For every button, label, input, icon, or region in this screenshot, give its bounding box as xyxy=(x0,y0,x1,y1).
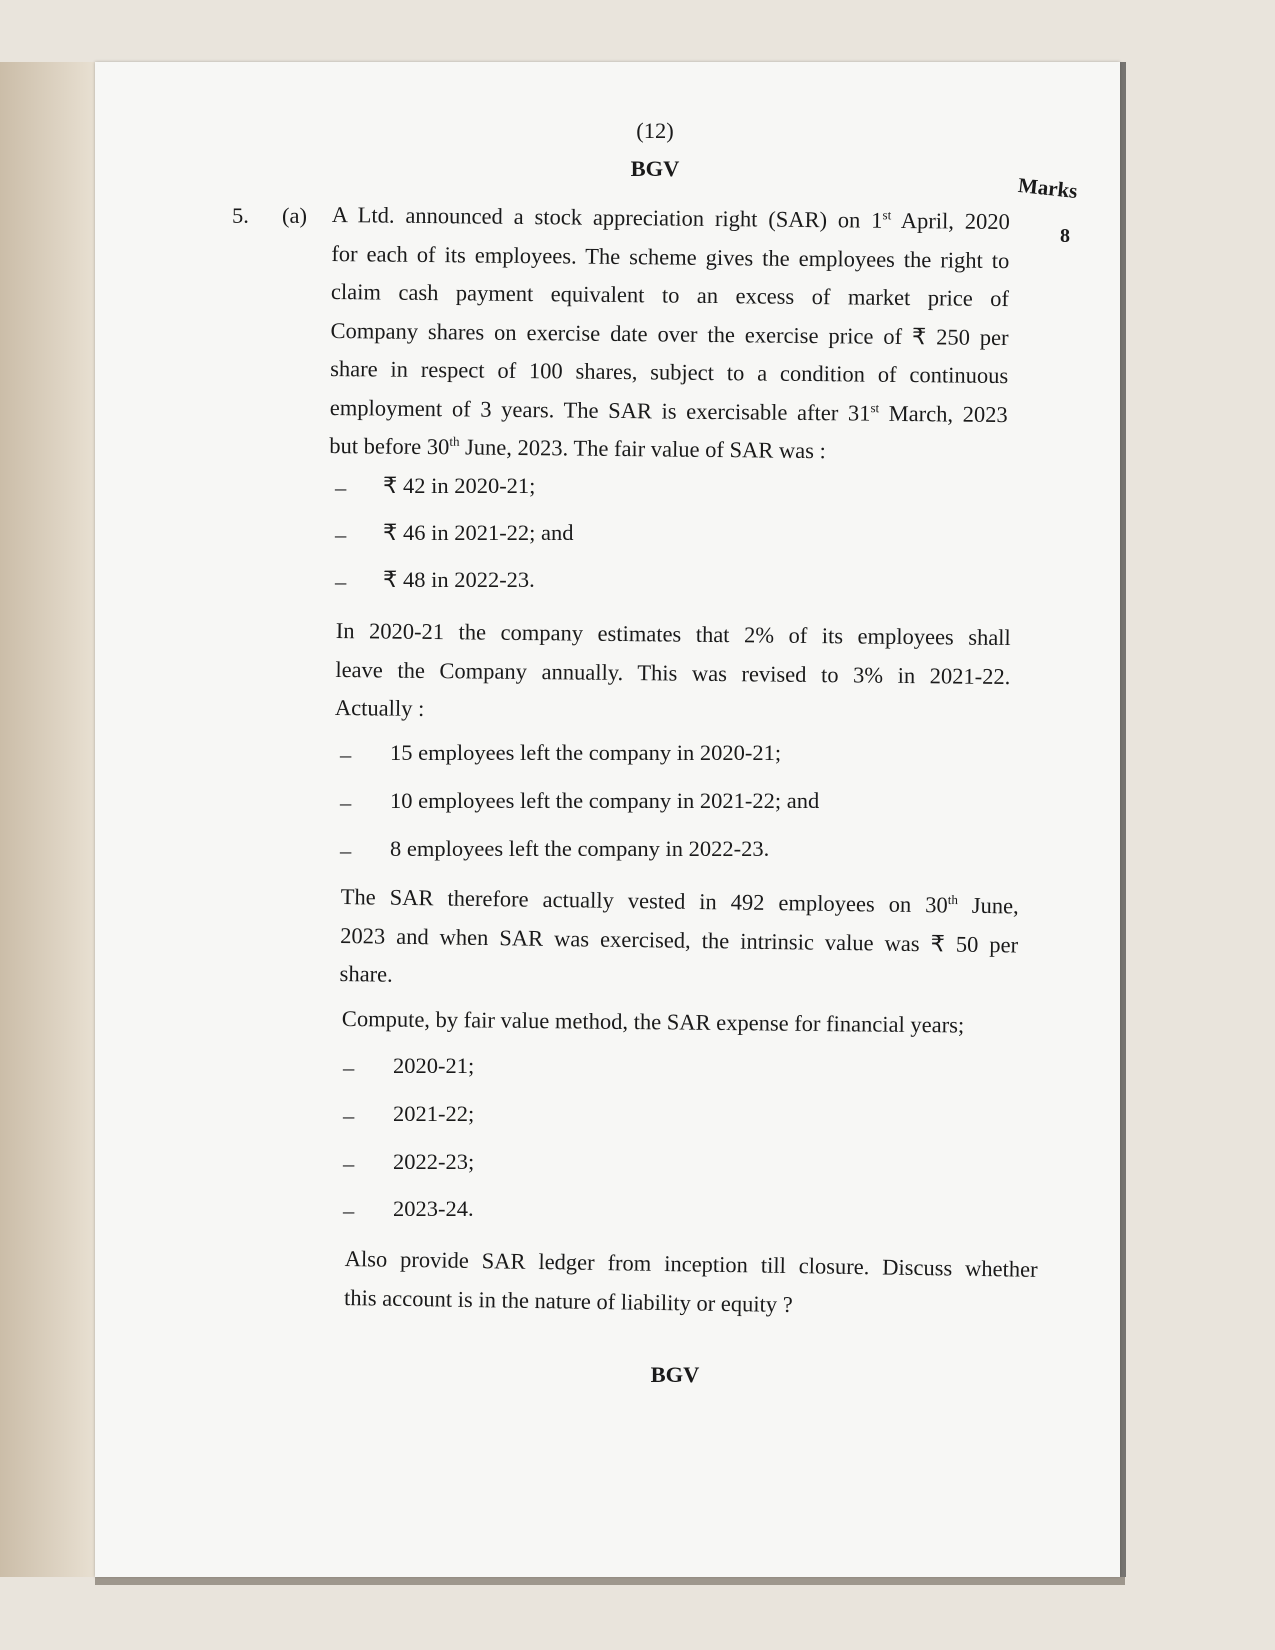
fair-value-item: ₹ 42 in 2020-21; xyxy=(383,475,535,498)
employees-left-item: 10 employees left the company in 2021-22… xyxy=(390,790,819,813)
intro-paragraph: A Ltd. announced a stock appreciation ri… xyxy=(329,196,1010,473)
header-code: BGV xyxy=(600,158,710,181)
fair-value-item: ₹ 48 in 2022-23. xyxy=(383,569,535,592)
marks-value: 8 xyxy=(1060,226,1070,246)
closing-paragraph: Also provide SAR ledger from inception t… xyxy=(344,1240,1038,1328)
vesting-paragraph: The SAR therefore actually vested in 492… xyxy=(339,878,1019,1003)
page-edge xyxy=(0,62,95,1577)
employees-left-item: 15 employees left the company in 2020-21… xyxy=(390,742,781,765)
question-part: (a) xyxy=(282,205,307,228)
page-edge-right xyxy=(1120,62,1126,1577)
footer-code: BGV xyxy=(620,1364,730,1387)
financial-year-item: 2020-21; xyxy=(393,1055,474,1078)
page-number: (12) xyxy=(600,120,710,143)
attrition-paragraph: In 2020-21 the company estimates that 2%… xyxy=(335,612,1011,735)
financial-year-item: 2021-22; xyxy=(393,1103,474,1126)
page-bottom-edge xyxy=(95,1577,1125,1585)
financial-year-item: 2023-24. xyxy=(393,1198,474,1221)
employees-left-item: 8 employees left the company in 2022-23. xyxy=(390,838,769,861)
financial-year-item: 2022-23; xyxy=(393,1151,474,1174)
fair-value-item: ₹ 46 in 2021-22; and xyxy=(383,522,574,545)
question-number: 5. xyxy=(232,205,249,228)
